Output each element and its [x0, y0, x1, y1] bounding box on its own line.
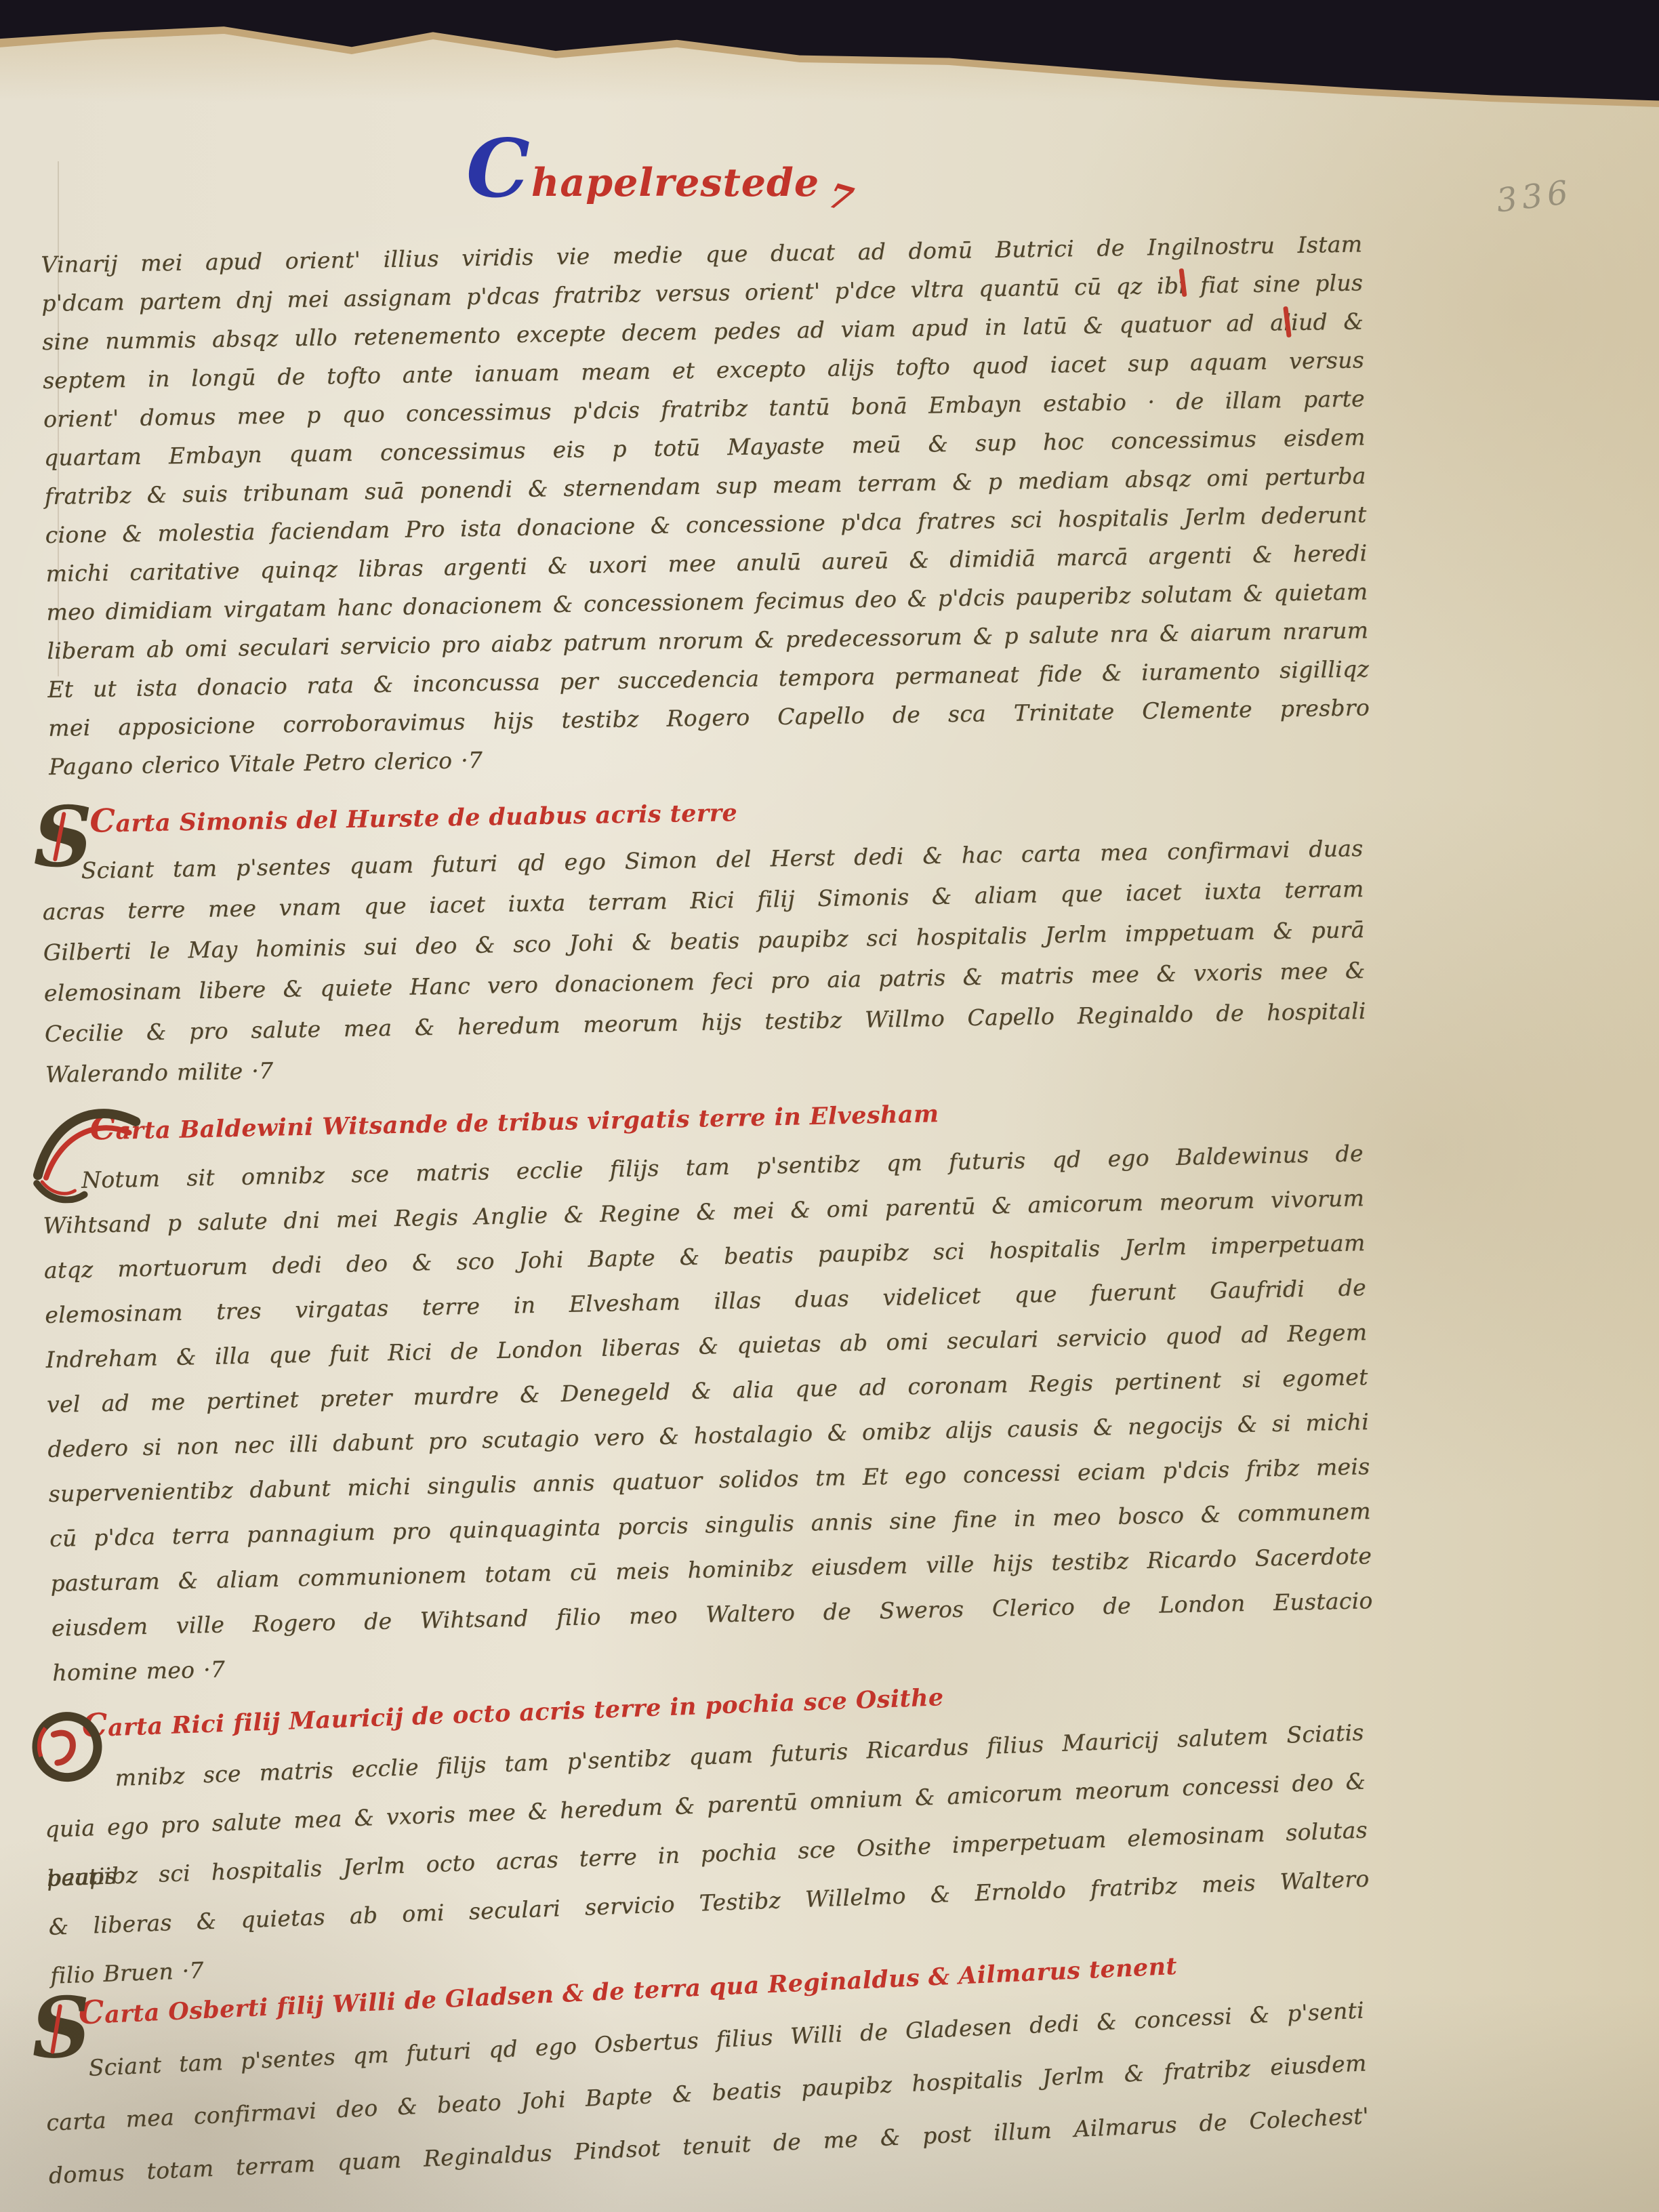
- charter-body: Sciant tam p'sentes quam futuri qd ego S…: [41, 828, 1367, 1095]
- title-initial-letter: C: [466, 133, 530, 205]
- charter-body: Vinarij mei apud orient' illius viridis …: [41, 224, 1370, 786]
- decorated-initial: S: [33, 795, 94, 879]
- manuscript-photo: C hapelrestede 7 336 Vinarij mei apud or…: [0, 0, 1659, 2212]
- round-o-initial-icon: [24, 1704, 110, 1792]
- charter-paragraph: Vinarij mei apud orient' illius viridis …: [41, 224, 1370, 786]
- rubric-title: C hapelrestede 7: [466, 133, 853, 218]
- flourished-initial-icon: [28, 1093, 149, 1207]
- title-word: hapelrestede: [531, 160, 819, 205]
- tironian-flourish-icon: 7: [824, 175, 858, 220]
- charter-body: Notum sit omnibz sce matris ecclie filij…: [41, 1131, 1374, 1696]
- decorated-initial: S: [29, 1985, 93, 2070]
- charter-paragraph: Carta Baldewini Witsande de tribus virga…: [41, 1085, 1374, 1696]
- initial-letter: S: [29, 1978, 94, 2078]
- page-content: C hapelrestede 7 336 Vinarij mei apud or…: [0, 0, 1659, 2212]
- charter-paragraph: Carta Simonis del Hurste de duabus acris…: [41, 782, 1367, 1095]
- initial-letter: S: [33, 787, 94, 886]
- folio-number: 336: [1494, 173, 1575, 220]
